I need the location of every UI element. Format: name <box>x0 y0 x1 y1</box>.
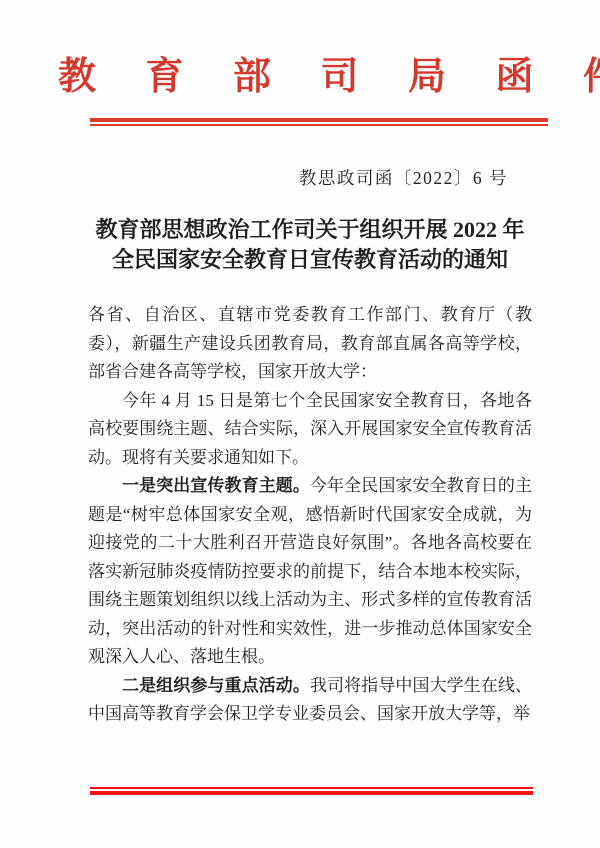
section-1-text: 今年全民国家安全教育日的主题是“树牢总体国家安全观，感悟新时代国家安全成就，为迎… <box>88 476 532 666</box>
document-number: 教思政司函〔2022〕6 号 <box>299 165 508 190</box>
section-1-paragraph: 一是突出宣传教育主题。今年全民国家安全教育日的主题是“树牢总体国家安全观，感悟新… <box>88 472 532 672</box>
footer-rule-thick <box>90 791 533 795</box>
letterhead-rule-thin <box>90 124 548 126</box>
notice-title: 教育部思想政治工作司关于组织开展 2022 年 全民国家安全教育日宣传教育活动的… <box>88 215 532 275</box>
notice-title-line1: 教育部思想政治工作司关于组织开展 2022 年 <box>88 215 532 245</box>
section-2-lead: 二是组织参与重点活动。 <box>122 676 310 695</box>
section-2-paragraph: 二是组织参与重点活动。我司将指导中国大学生在线、中国高等教育学会保卫学专业委员会… <box>88 672 532 729</box>
recipients-paragraph: 各省、自治区、直辖市党委教育工作部门、教育厅（教委），新疆生产建设兵团教育局，教… <box>88 301 532 387</box>
letterhead-divider <box>90 118 548 126</box>
intro-paragraph: 今年 4 月 15 日是第七个全民国家安全教育日，各地各高校要围绕主题、结合实际… <box>88 387 532 473</box>
notice-body: 各省、自治区、直辖市党委教育工作部门、教育厅（教委），新疆生产建设兵团教育局，教… <box>88 301 532 729</box>
notice-title-line2: 全民国家安全教育日宣传教育活动的通知 <box>88 245 532 275</box>
footer-divider <box>90 787 533 795</box>
letterhead-title: 教 育 部 司 局 函 件 <box>0 54 600 100</box>
section-1-lead: 一是突出宣传教育主题。 <box>122 476 310 495</box>
scanned-document-page: 教 育 部 司 局 函 件 教思政司函〔2022〕6 号 教育部思想政治工作司关… <box>0 0 600 848</box>
